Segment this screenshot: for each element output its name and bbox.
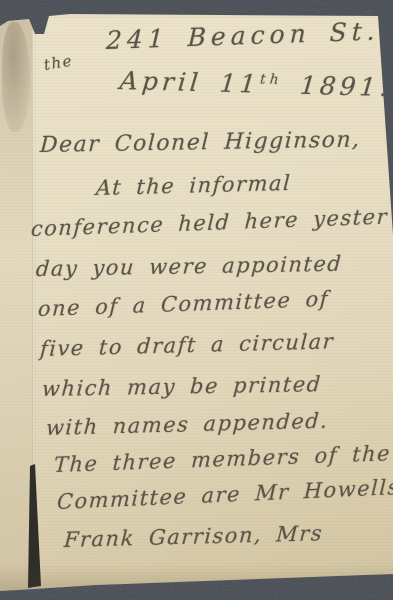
letter-page: the 241 Beacon St. April 11th 1891. Dear… <box>0 0 393 600</box>
handwritten-line: with names appended. <box>45 409 329 440</box>
handwritten-line: Frank Garrison, Mrs <box>63 521 324 552</box>
margin-note: the <box>43 52 75 74</box>
tape-stain <box>2 22 30 132</box>
handwritten-line: conference held here yester <box>30 204 388 241</box>
date-year: 1891. <box>281 70 393 102</box>
letter-photo: the 241 Beacon St. April 11th 1891. Dear… <box>0 0 393 600</box>
handwritten-line: five to draft a circular <box>39 329 335 361</box>
handwritten-line: At the informal <box>95 171 292 200</box>
date-ordinal: th <box>259 71 283 88</box>
fold-crease <box>32 20 36 475</box>
handwritten-line: day you were appointed <box>35 252 343 281</box>
handwritten-line: The three members of the <box>53 441 391 477</box>
handwritten-line: which may be printed <box>41 372 322 401</box>
date-line: April 11th 1891. <box>119 66 393 102</box>
address-line: 241 Beacon St. <box>105 16 380 55</box>
handwritten-line: Committee are Mr Howells, <box>56 475 393 514</box>
handwritten-line: one of a Committee of <box>37 287 329 321</box>
salutation-line: Dear Colonel Higginson, <box>39 127 361 158</box>
date-day: April 11 <box>119 66 262 99</box>
